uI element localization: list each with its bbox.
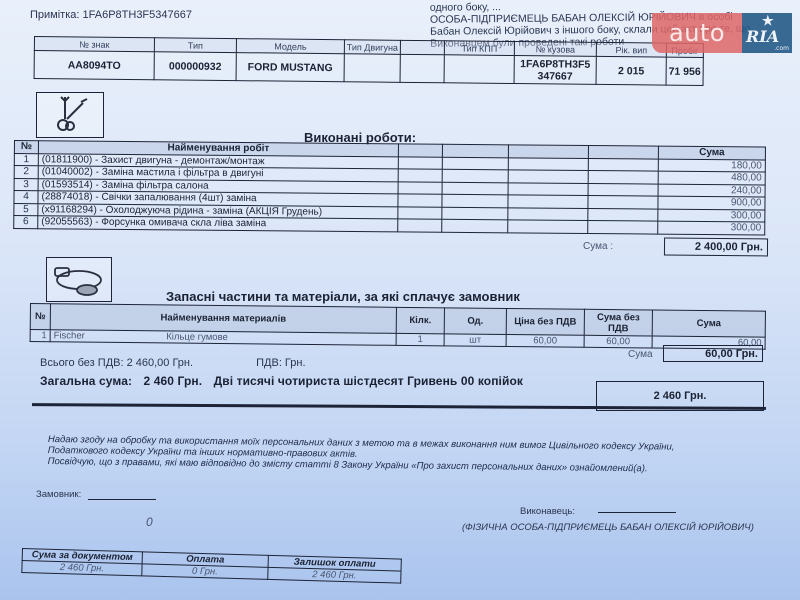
row-num: 1	[30, 330, 50, 342]
parts-header-name: Найменування материалів	[50, 304, 396, 334]
header-type: Тип	[154, 38, 236, 53]
engine-type-value	[344, 54, 400, 83]
gearbox-value	[444, 55, 514, 84]
model-value: FORD MUSTANG	[236, 53, 344, 82]
header-model: Модель	[236, 39, 344, 54]
row-material: Кільце гумове	[166, 331, 228, 343]
parts-title: Запасні частини та матеріали, за які спл…	[166, 289, 520, 304]
works-header-sum: Сума	[658, 146, 765, 159]
cell-empty	[588, 158, 658, 171]
cell-empty	[398, 156, 442, 169]
row-num: 5	[14, 203, 38, 216]
works-total-label: Сума :	[583, 241, 613, 252]
customer-signature-line	[88, 499, 156, 500]
payment-table: Сума за документом Оплата Залишок оплати…	[21, 548, 402, 584]
vin-value: 1FA6P8TH3F5 347667	[514, 56, 596, 85]
row-sum: 480,00	[658, 171, 765, 184]
vat-amount: ПДВ: Грн.	[256, 357, 305, 369]
row-num: 4	[14, 191, 38, 204]
cell-empty	[508, 182, 588, 195]
grand-total-words: Дві тисячі чотириста шістдесят Гривень 0…	[214, 374, 523, 388]
parts-table: № Найменування материалів Кілк. Од. Ціна…	[30, 303, 766, 350]
executor-signature-label: Виконавець:	[520, 506, 575, 517]
executor-name: (ФІЗИЧНА ОСОБА-ПІДПРИЄМЕЦЬ БАБАН ОЛЕКСІЙ…	[462, 522, 754, 533]
type-value: 000000932	[154, 52, 236, 81]
vehicle-table: № знак Тип Модель Тип Двигуна Тип КПП № …	[34, 36, 704, 86]
cell-empty	[508, 157, 588, 170]
document-note: Примітка: 1FA6P8TH3F5347667	[30, 9, 192, 21]
parts-header-price: Ціна без ПДВ	[506, 308, 584, 335]
cell-empty	[398, 194, 442, 207]
cell-empty	[588, 221, 658, 234]
cell-empty	[398, 181, 442, 194]
grand-total-value: 2 460 Грн.	[144, 374, 203, 388]
parts-header-sum: Сума	[652, 310, 765, 337]
cell-empty	[508, 207, 588, 220]
logo-ria-text: RIA	[746, 27, 779, 46]
row-num: 6	[14, 216, 38, 229]
cell-empty	[442, 194, 508, 207]
works-total-value: 2 400,00 Грн.	[664, 238, 768, 257]
works-header-num: №	[14, 141, 38, 154]
parts-total-value: 60,00 Грн.	[663, 345, 763, 362]
note-value: 1FA6P8TH3F5347667	[83, 9, 192, 21]
cell-empty	[588, 196, 658, 209]
row-num: 3	[14, 178, 38, 191]
cell-empty	[442, 169, 508, 182]
cell-empty	[442, 207, 508, 220]
cell-empty	[398, 219, 442, 232]
works-header-empty	[508, 145, 588, 158]
row-sum: 900,00	[658, 196, 765, 209]
year-value: 2 015	[596, 56, 666, 85]
hose-clamp-icon	[46, 257, 112, 302]
consent-text: Надаю згоду на обробку та використання м…	[48, 434, 788, 476]
blank-value	[400, 54, 444, 82]
cell-empty	[398, 206, 442, 219]
header-vin: № кузова	[514, 42, 596, 57]
row-qty: 1	[396, 333, 444, 346]
row-sum: 300,00	[658, 209, 765, 222]
parts-header-num: №	[30, 304, 50, 330]
parts-header-qty: Кілк.	[396, 307, 444, 334]
works-table: № Найменування робіт Сума 1 (01811900) -…	[13, 140, 766, 235]
plate-value: AA8094TO	[34, 51, 154, 80]
row-sum: 300,00	[658, 221, 765, 234]
parts-total-label: Сума	[628, 349, 653, 360]
row-brand: Fischer	[54, 330, 164, 342]
cell-empty	[442, 219, 508, 232]
row-sum: 240,00	[658, 184, 765, 197]
cell-empty	[508, 195, 588, 208]
row-num: 1	[14, 153, 38, 166]
row-name: Fischer Кільце гумове	[50, 330, 396, 346]
grand-total-label: Загальна сума:	[40, 374, 132, 388]
payment-balance: 2 460 Грн.	[268, 567, 401, 583]
customer-mark: 0	[146, 515, 153, 529]
works-header-empty	[588, 146, 658, 159]
vehicle-value-row: AA8094TO 000000932 FORD MUSTANG 1FA6P8TH…	[34, 51, 703, 86]
cell-empty	[588, 183, 658, 196]
autoria-logo: auto ★ RIA .com	[652, 13, 792, 53]
cell-empty	[442, 157, 508, 170]
works-header-empty	[442, 144, 508, 157]
wrench-icon	[36, 92, 104, 138]
cell-empty	[588, 171, 658, 184]
cell-empty	[508, 220, 588, 233]
header-plate: № знак	[34, 37, 154, 52]
cell-empty	[442, 182, 508, 195]
header-gearbox: Тип КПП	[444, 41, 514, 56]
parts-header-unit: Од.	[444, 308, 506, 335]
row-name: (92055563) - Форсунка омивача скла ліва …	[38, 216, 398, 232]
row-unit: шт	[444, 334, 506, 347]
cell-empty	[588, 208, 658, 221]
executor-signature-line	[598, 512, 676, 513]
row-sum: 180,00	[658, 159, 765, 172]
logo-ria-block: ★ RIA .com	[742, 13, 792, 53]
grand-total-line: Загальна сума: 2 460 Грн. Дві тисячі чот…	[40, 374, 531, 388]
mileage-value: 71 956	[666, 57, 703, 85]
total-without-vat: Всього без ПДВ: 2 460,00 Грн.	[40, 357, 193, 369]
header-blank	[400, 40, 444, 54]
customer-signature-label: Замовник:	[36, 489, 81, 500]
row-price: 60,00	[506, 334, 584, 347]
cell-empty	[508, 170, 588, 183]
row-sum-no-vat: 60,00	[584, 335, 652, 348]
note-label: Примітка:	[30, 9, 79, 21]
parts-header-sum-no-vat: Сума без ПДВ	[584, 309, 652, 336]
header-engine-type: Тип Двигуна	[344, 40, 400, 55]
subtotal-line: Всього без ПДВ: 2 460,00 Грн. ПДВ: Грн.	[40, 357, 366, 369]
row-num: 2	[14, 166, 38, 179]
works-header-empty	[398, 144, 442, 157]
logo-auto-text: auto	[652, 13, 742, 53]
cell-empty	[398, 169, 442, 182]
logo-com-text: .com	[774, 45, 789, 52]
payment-paid: 0 Грн.	[142, 564, 268, 580]
